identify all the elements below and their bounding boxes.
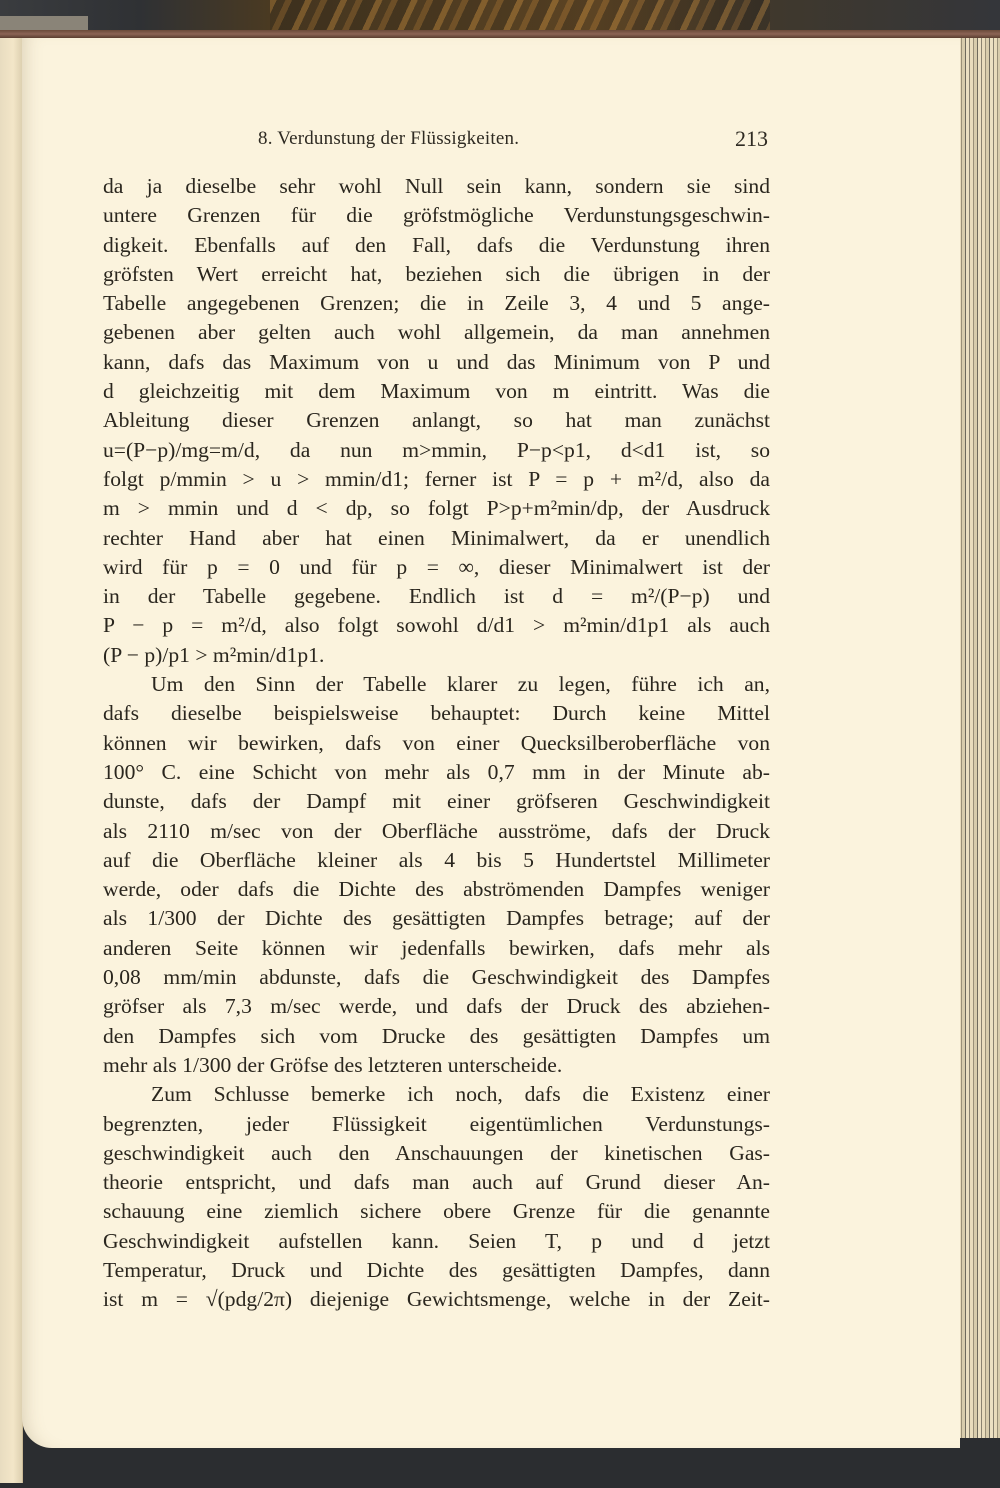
text-line: mehr als 1/300 der Gröfse des letzteren … — [103, 1051, 770, 1080]
text-line: auf die Oberfläche kleiner als 4 bis 5 H… — [103, 846, 770, 875]
text-line: Tabelle angegebenen Grenzen; die in Zeil… — [103, 289, 770, 318]
text-line: gröfsten Wert erreicht hat, beziehen sic… — [103, 260, 770, 289]
text-line: werde, oder dafs die Dichte des abströme… — [103, 875, 770, 904]
text-line: rechter Hand aber hat einen Minimalwert,… — [103, 524, 770, 553]
text-line: Geschwindigkeit aufstellen kann. Seien T… — [103, 1227, 770, 1256]
text-line: anderen Seite können wir jedenfalls bewi… — [103, 934, 770, 963]
text-line: dunste, dafs der Dampf mit einer gröfser… — [103, 787, 770, 816]
formula-line: u=(P−p)/mg=m/d, da nun m>mmin, P−p<p1, d… — [103, 436, 770, 465]
text-line: begrenzten, jeder Flüssigkeit eigentümli… — [103, 1110, 770, 1139]
formula-line: m > mmin und d < dp, so folgt P>p+m²min/… — [103, 494, 770, 523]
previous-leaf-edge — [0, 38, 23, 1483]
text-line: kann, dafs das Maximum von u und das Min… — [103, 348, 770, 377]
text-line: theorie entspricht, und dafs man auch au… — [103, 1168, 770, 1197]
formula-line: (P − p)/p1 > m²min/d1p1. — [103, 641, 770, 670]
formula-line: folgt p/mmin > u > mmin/d1; ferner ist P… — [103, 465, 770, 494]
text-line: d gleichzeitig mit dem Maximum von m ein… — [103, 377, 770, 406]
text-line: Um den Sinn der Tabelle klarer zu legen,… — [103, 670, 770, 699]
paragraph-3: Zum Schlusse bemerke ich noch, dafs die … — [103, 1080, 770, 1314]
text-line: den Dampfes sich vom Drucke des gesättig… — [103, 1022, 770, 1051]
running-header: 8. Verdunstung der Flüssigkeiten. 213 — [258, 128, 768, 158]
paragraph-1: da ja dieselbe sehr wohl Null sein kann,… — [103, 172, 770, 670]
text-line: digkeit. Ebenfalls auf den Fall, dafs di… — [103, 231, 770, 260]
book-cover-top — [0, 0, 1000, 34]
text-line: in der Tabelle gegebene. Endlich ist d =… — [103, 582, 770, 611]
page-number: 213 — [735, 126, 768, 152]
text-line: Zum Schlusse bemerke ich noch, dafs die … — [103, 1080, 770, 1109]
text-line: gebenen aber gelten auch wohl allgemein,… — [103, 318, 770, 347]
text-line: 0,08 mm/min abdunste, dafs die Geschwind… — [103, 963, 770, 992]
marbled-cover — [270, 0, 770, 30]
text-line: können wir bewirken, dafs von einer Quec… — [103, 729, 770, 758]
text-line: gröfser als 7,3 m/sec werde, und dafs de… — [103, 992, 770, 1021]
cover-label — [0, 16, 88, 30]
text-line: Ableitung dieser Grenzen anlangt, so hat… — [103, 406, 770, 435]
text-line: untere Grenzen für die gröfstmögliche Ve… — [103, 201, 770, 230]
text-line: als 1/300 der Dichte des gesättigten Dam… — [103, 904, 770, 933]
cover-edge — [0, 30, 1000, 38]
body-text: da ja dieselbe sehr wohl Null sein kann,… — [103, 172, 770, 1315]
text-line: schauung eine ziemlich sichere obere Gre… — [103, 1197, 770, 1226]
text-line: da ja dieselbe sehr wohl Null sein kann,… — [103, 172, 770, 201]
paragraph-2: Um den Sinn der Tabelle klarer zu legen,… — [103, 670, 770, 1080]
page-stack-edge — [958, 38, 1000, 1438]
text-line: 100° C. eine Schicht von mehr als 0,7 mm… — [103, 758, 770, 787]
formula-line: P − p = m²/d, also folgt sowohl d/d1 > m… — [103, 611, 770, 640]
text-line: geschwindigkeit auch den Anschauungen de… — [103, 1139, 770, 1168]
text-line: ist m = √(pdg/2π) diejenige Gewichtsmeng… — [103, 1285, 770, 1314]
text-line: als 2110 m/sec von der Oberfläche ausstr… — [103, 817, 770, 846]
text-line: wird für p = 0 und für p = ∞, dieser Min… — [103, 553, 770, 582]
running-title: 8. Verdunstung der Flüssigkeiten. — [258, 128, 519, 150]
text-line: dafs dieselbe beispielsweise behauptet: … — [103, 699, 770, 728]
text-line: Temperatur, Druck und Dichte des gesätti… — [103, 1256, 770, 1285]
